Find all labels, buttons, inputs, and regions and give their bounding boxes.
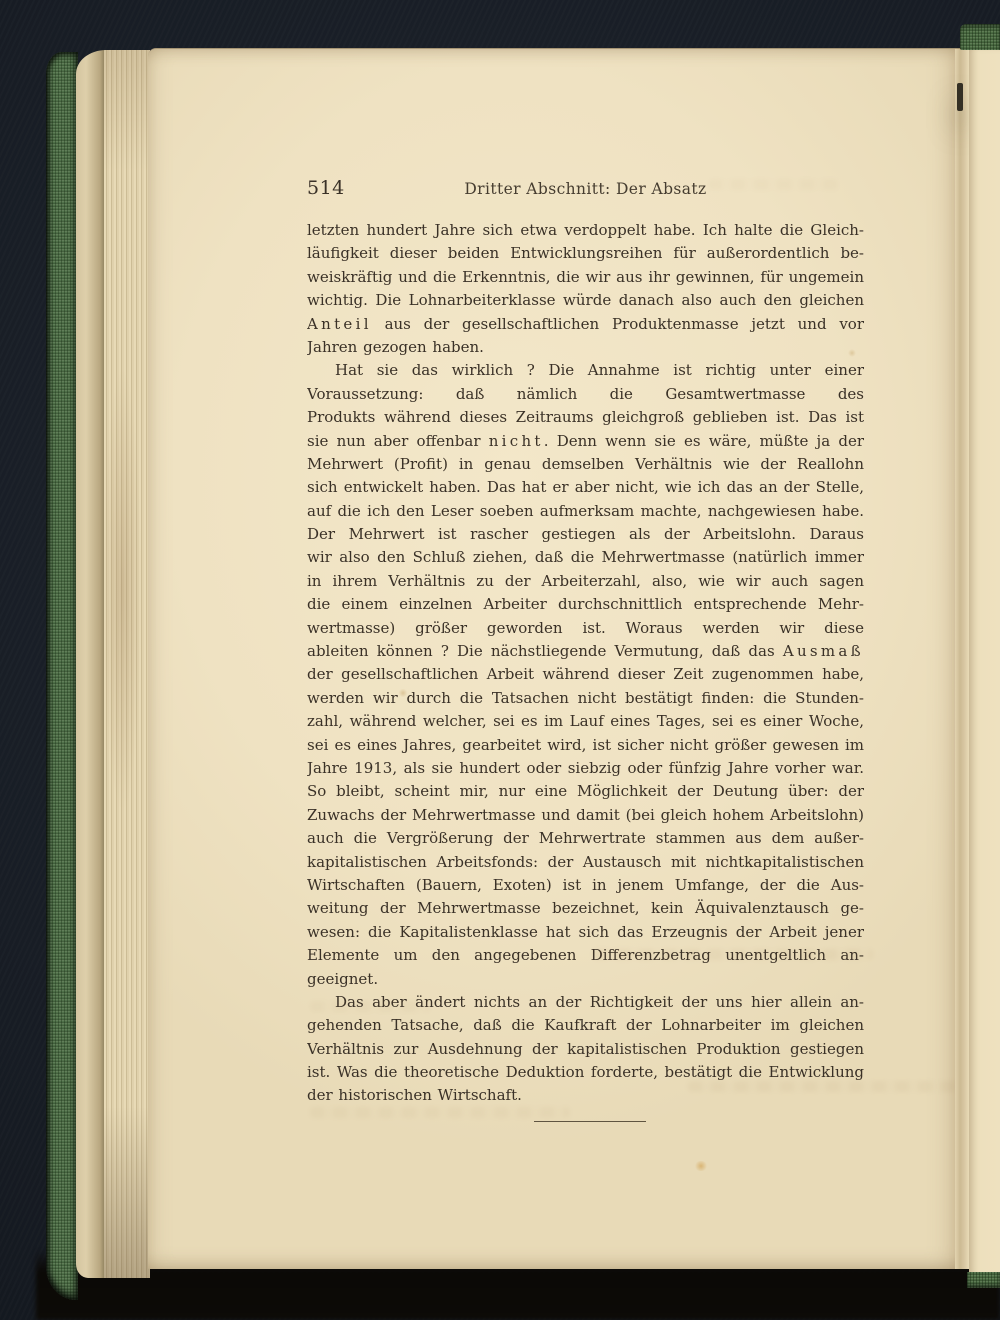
text-line: letzten hundert Jahre sich etwa verdoppe… bbox=[307, 219, 864, 242]
text-block: letzten hundert Jahre sich etwa verdoppe… bbox=[307, 219, 864, 1108]
text-line: Produkts während dieses Zeitraums gleich… bbox=[307, 406, 864, 429]
text-line: geeignet. bbox=[307, 968, 864, 991]
text-line: die einem einzelnen Arbeiter durchschnit… bbox=[307, 593, 864, 616]
gutter-fold bbox=[955, 48, 969, 1269]
foxing-spot bbox=[848, 349, 856, 357]
showthrough-smudge bbox=[708, 179, 838, 190]
text-line: Wirtschaften (Bauern, Exoten) ist in jen… bbox=[307, 874, 864, 897]
page-edge-striations bbox=[104, 50, 150, 1278]
section-divider-rule bbox=[534, 1121, 646, 1122]
page-edge-smooth-band bbox=[76, 50, 104, 1278]
text-line: Verhältnis zur Ausdehnung der kapitalist… bbox=[307, 1038, 864, 1061]
text-line: Hat sie das wirklich ? Die Annahme ist r… bbox=[307, 359, 864, 382]
showthrough-smudge bbox=[688, 1081, 1000, 1092]
text-line: weiskräftig und die Erkenntnis, die wir … bbox=[307, 266, 864, 289]
page-edge-stack bbox=[76, 50, 150, 1278]
text-line: Mehrwert (Profit) in genau demselben Ver… bbox=[307, 453, 864, 476]
book-page: 514 Dritter Abschnitt: Der Absatz letzte… bbox=[148, 48, 957, 1269]
showthrough-smudge bbox=[593, 949, 873, 960]
text-line: zahl, während welcher, sei es im Lauf ei… bbox=[307, 710, 864, 733]
text-line: So bleibt, scheint mir, nur eine Möglich… bbox=[307, 780, 864, 803]
text-line: gehenden Tatsache, daß die Kaufkraft der… bbox=[307, 1014, 864, 1037]
text-line: in ihrem Verhältnis zu der Arbeiterzahl,… bbox=[307, 570, 864, 593]
text-line: Jahren gezogen haben. bbox=[307, 336, 864, 359]
text-line: ableiten können ? Die nächstliegende Ver… bbox=[307, 640, 864, 663]
text-line: weitung der Mehrwertmasse bezeichnet, ke… bbox=[307, 897, 864, 920]
text-line: wichtig. Die Lohnarbeiterklasse würde da… bbox=[307, 289, 864, 312]
text-line: werden wir durch die Tatsachen nicht bes… bbox=[307, 687, 864, 710]
foxing-spot bbox=[694, 1161, 708, 1171]
text-line: wir also den Schluß ziehen, daß die Mehr… bbox=[307, 546, 864, 569]
book-photo-scene: 514 Dritter Abschnitt: Der Absatz letzte… bbox=[0, 0, 1000, 1320]
text-line: auf die ich den Leser soeben aufmerksam … bbox=[307, 500, 864, 523]
text-line: sie nun aber offenbar nicht. Denn wenn s… bbox=[307, 430, 864, 453]
text-line: Anteil aus der gesellschaftlichen Produk… bbox=[307, 313, 864, 336]
text-line: Voraussetzung: daß nämlich die Gesamtwer… bbox=[307, 383, 864, 406]
showthrough-smudge bbox=[310, 1107, 570, 1118]
gutter-notch bbox=[957, 83, 963, 111]
text-line: wertmasse) größer geworden ist. Woraus w… bbox=[307, 617, 864, 640]
green-cloth-cover-spine bbox=[46, 52, 78, 1300]
text-line: sei es eines Jahres, gearbeitet wird, is… bbox=[307, 734, 864, 757]
text-line: Jahre 1913, als sie hundert oder siebzig… bbox=[307, 757, 864, 780]
cover-corner-bottom bbox=[967, 1272, 1000, 1288]
text-line: Zuwachs der Mehrwertmasse und damit (bei… bbox=[307, 804, 864, 827]
text-line: wesen: die Kapitalistenklasse hat sich d… bbox=[307, 921, 864, 944]
text-line: der gesellschaftlichen Arbeit während di… bbox=[307, 663, 864, 686]
foxing-spot bbox=[398, 689, 408, 697]
showthrough-smudge bbox=[310, 1001, 430, 1012]
cover-corner-top bbox=[960, 24, 1000, 50]
text-line: kapitalistischen Arbeitsfonds: der Austa… bbox=[307, 851, 864, 874]
text-line: Der Mehrwert ist rascher gestiegen als d… bbox=[307, 523, 864, 546]
text-line: läufigkeit dieser beiden Entwicklungsrei… bbox=[307, 242, 864, 265]
text-line: auch die Vergrößerung der Mehrwertrate s… bbox=[307, 827, 864, 850]
facing-page-sliver bbox=[969, 48, 1000, 1287]
text-line: sich entwickelt haben. Das hat er aber n… bbox=[307, 476, 864, 499]
